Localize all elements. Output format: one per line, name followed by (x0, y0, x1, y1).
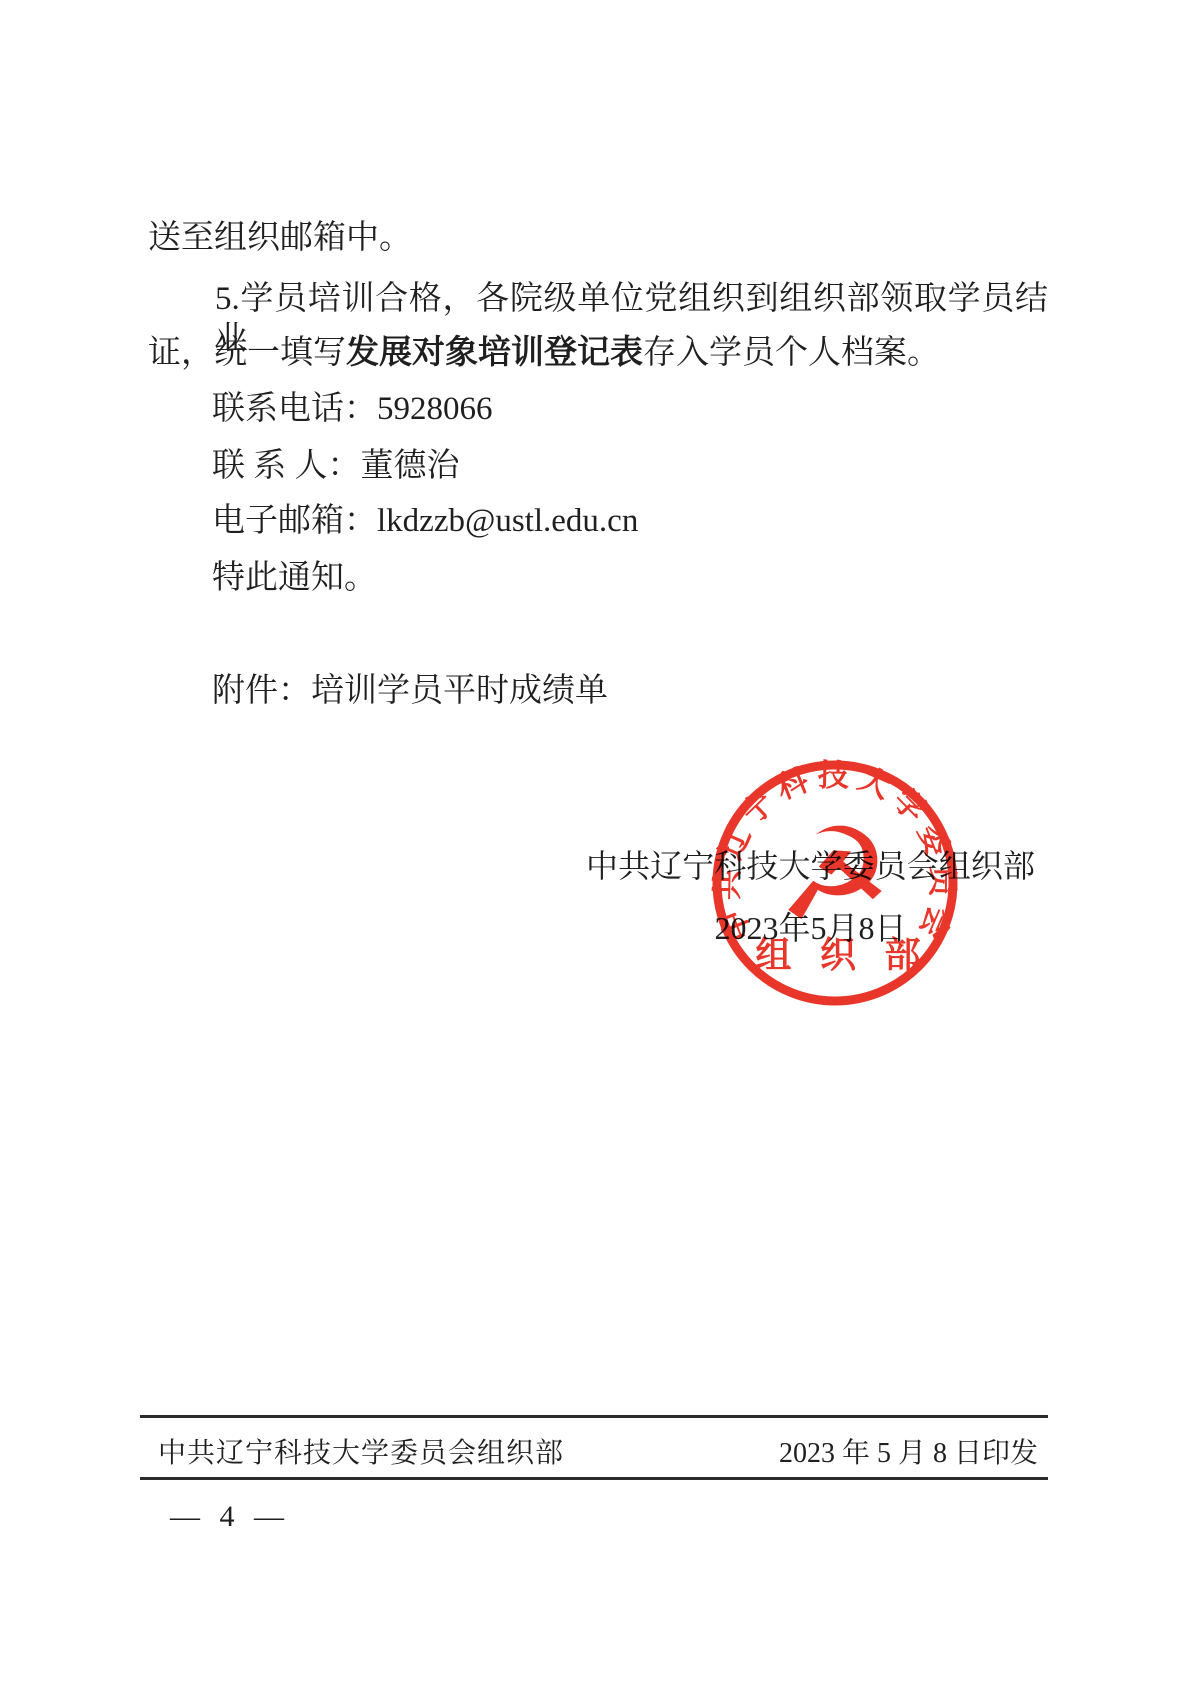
footer-rule-top (140, 1415, 1048, 1418)
contact-email-line: 电子邮箱：lkdzzb@ustl.edu.cn (212, 501, 638, 541)
footer-rule-bottom (140, 1477, 1048, 1480)
attachment-line: 附件：培训学员平时成绩单 (212, 671, 608, 711)
attachment-label: 附件： (212, 673, 311, 709)
contact-person-value: 董德治 (361, 448, 460, 484)
footer-print-date: 2023 年 5 月 8 日印发 (779, 1431, 1038, 1471)
paragraph-carryover: 送至组织邮箱中。 (148, 218, 412, 258)
contact-email-label: 电子邮箱： (212, 503, 377, 539)
footer-row: 中共辽宁科技大学委员会组织部 2023 年 5 月 8 日印发 (140, 1429, 1048, 1473)
page-number: — 4 — (170, 1500, 290, 1534)
contact-person-line: 联 系 人：董德治 (212, 446, 460, 486)
seal-bottom-text: 组 织 部 (755, 935, 928, 976)
attachment-value: 培训学员平时成绩单 (311, 673, 608, 709)
contact-phone-label: 联系电话： (212, 391, 377, 427)
paragraph-item5-line2: 证，统一填写发展对象培训登记表存入学员个人档案。 (148, 333, 940, 373)
item5-line2-prefix: 证，统一填写 (148, 335, 346, 371)
item5-line2-suffix: 存入学员个人档案。 (643, 335, 940, 371)
official-seal-stamp: 中共辽宁科技大学委员会 ☭ 组 织 部 (708, 756, 962, 1010)
contact-phone-value: 5928066 (377, 391, 493, 427)
item5-line2-bold-form-name: 发展对象培训登记表 (346, 335, 643, 371)
closing-line: 特此通知。 (212, 558, 377, 598)
footer-issuer: 中共辽宁科技大学委员会组织部 (158, 1431, 564, 1471)
seal-graphic: 中共辽宁科技大学委员会 ☭ 组 织 部 (708, 756, 962, 1010)
hammer-sickle-icon: ☭ (778, 801, 893, 950)
contact-phone-line: 联系电话：5928066 (212, 389, 493, 429)
contact-person-label: 联 系 人： (212, 448, 361, 484)
contact-email-value: lkdzzb@ustl.edu.cn (377, 503, 638, 539)
document-page: 送至组织邮箱中。 5.学员培训合格，各院级单位党组织到组织部领取学员结业 证，统… (0, 0, 1190, 1683)
